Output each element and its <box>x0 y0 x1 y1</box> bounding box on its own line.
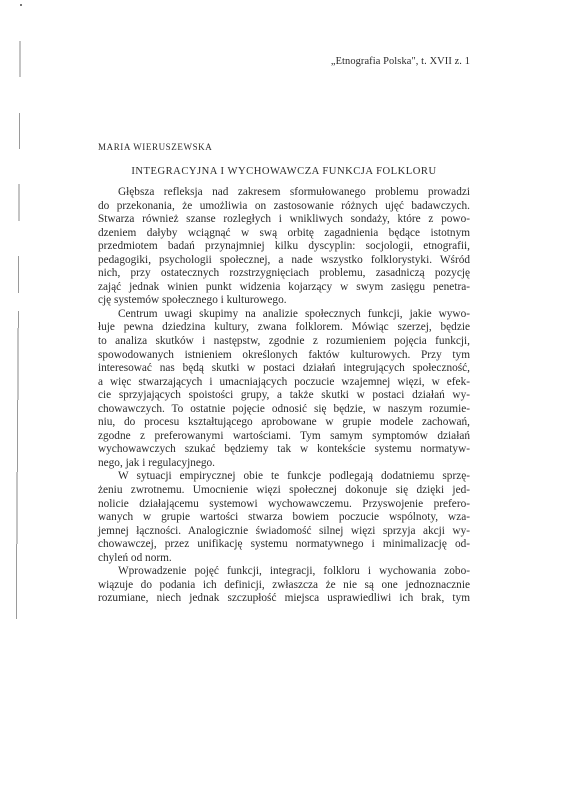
text-line: zająć jednak winien punkt widzenia kojar… <box>98 281 470 295</box>
text-line: rozumiane, niech jednak szczupłość miejs… <box>98 592 470 606</box>
text-line: cie sprzyjających spoistości grupy, a ta… <box>98 389 470 403</box>
scan-margin-mark <box>19 41 21 77</box>
text-line: do przekonania, że umożliwia on zastosow… <box>98 200 470 214</box>
text-line: Wprowadzenie pojęć funkcji, integracji, … <box>98 565 470 579</box>
text-line: to analiza skutków i następstw, zgodnie … <box>98 335 470 349</box>
text-line: cję systemów społecznego i kulturowego. <box>98 294 470 308</box>
text-line: nolicie działającemu systemowi wychowawc… <box>98 498 470 512</box>
text-line: jemnej łączności. Analogicznie świadomoś… <box>98 525 470 539</box>
text-line: interesować nas będą skutki w postaci dz… <box>98 362 470 376</box>
scan-speck <box>20 4 22 6</box>
article-body: Głębsza refleksja nad zakresem sformułow… <box>98 186 470 606</box>
text-line: nego, jak i regulacyjnego. <box>98 457 470 471</box>
text-line: chyleń od norm. <box>98 552 470 566</box>
text-line: wiązuje do podania ich definicji, zwłasz… <box>98 579 470 593</box>
text-line: spowodowanych istnieniem określonych fak… <box>98 349 470 363</box>
paragraph: Wprowadzenie pojęć funkcji, integracji, … <box>98 565 470 606</box>
text-line: W sytuacji empirycznej obie te funkcje p… <box>98 470 470 484</box>
paragraph: Głębsza refleksja nad zakresem sformułow… <box>98 186 470 308</box>
text-line: łuje pewna dziedzina kultury, zwana folk… <box>98 321 470 335</box>
text-line: Głębsza refleksja nad zakresem sformułow… <box>98 186 470 200</box>
text-line: pedagogiki, psychologii społecznej, a na… <box>98 254 470 268</box>
scan-margin-mark <box>18 184 20 221</box>
scan-margin-mark <box>17 328 19 400</box>
text-line: żeniu zwrotnemu. Umocnienie więzi społec… <box>98 484 470 498</box>
text-line: dzeniem dałyby wciągnąć w swą orbitę zag… <box>98 227 470 241</box>
scan-margin-mark <box>17 400 18 472</box>
text-line: chowawczych. To ostatnie pojęcie odnosić… <box>98 403 470 417</box>
paragraph: Centrum uwagi skupimy na analizie społec… <box>98 308 470 471</box>
article-title: INTEGRACYJNA I WYCHOWAWCZA FUNKCJA FOLKL… <box>98 166 470 177</box>
journal-header: „Etnografia Polska", t. XVII z. 1 <box>331 56 470 67</box>
text-line: przedmiotem badań przynajmniej kilku dys… <box>98 240 470 254</box>
text-line: Stwarza również szanse rozległych i wnik… <box>98 213 470 227</box>
scan-margin-mark <box>16 544 17 619</box>
scan-margin-mark <box>18 311 19 329</box>
author-name: MARIA WIERUSZEWSKA <box>98 142 212 152</box>
scan-margin-mark <box>16 472 18 544</box>
paragraph: W sytuacji empirycznej obie te funkcje p… <box>98 470 470 565</box>
text-line: a więc stwarzających i umacniających poc… <box>98 376 470 390</box>
text-line: chowawczej, przez unifikację systemu nor… <box>98 538 470 552</box>
text-line: nich, przy ostatecznych rozstrzygnięciac… <box>98 267 470 281</box>
text-line: zgodne z preferowanymi wartościami. Tym … <box>98 430 470 444</box>
text-line: Centrum uwagi skupimy na analizie społec… <box>98 308 470 322</box>
text-line: wychowawczych szukać będziemy tak w kont… <box>98 443 470 457</box>
text-line: niu, do procesu kształtującego aprobowan… <box>98 416 470 430</box>
scan-margin-mark <box>18 256 19 293</box>
scan-margin-mark <box>19 113 20 149</box>
text-line: wanych w grupie wartości stwarza bowiem … <box>98 511 470 525</box>
